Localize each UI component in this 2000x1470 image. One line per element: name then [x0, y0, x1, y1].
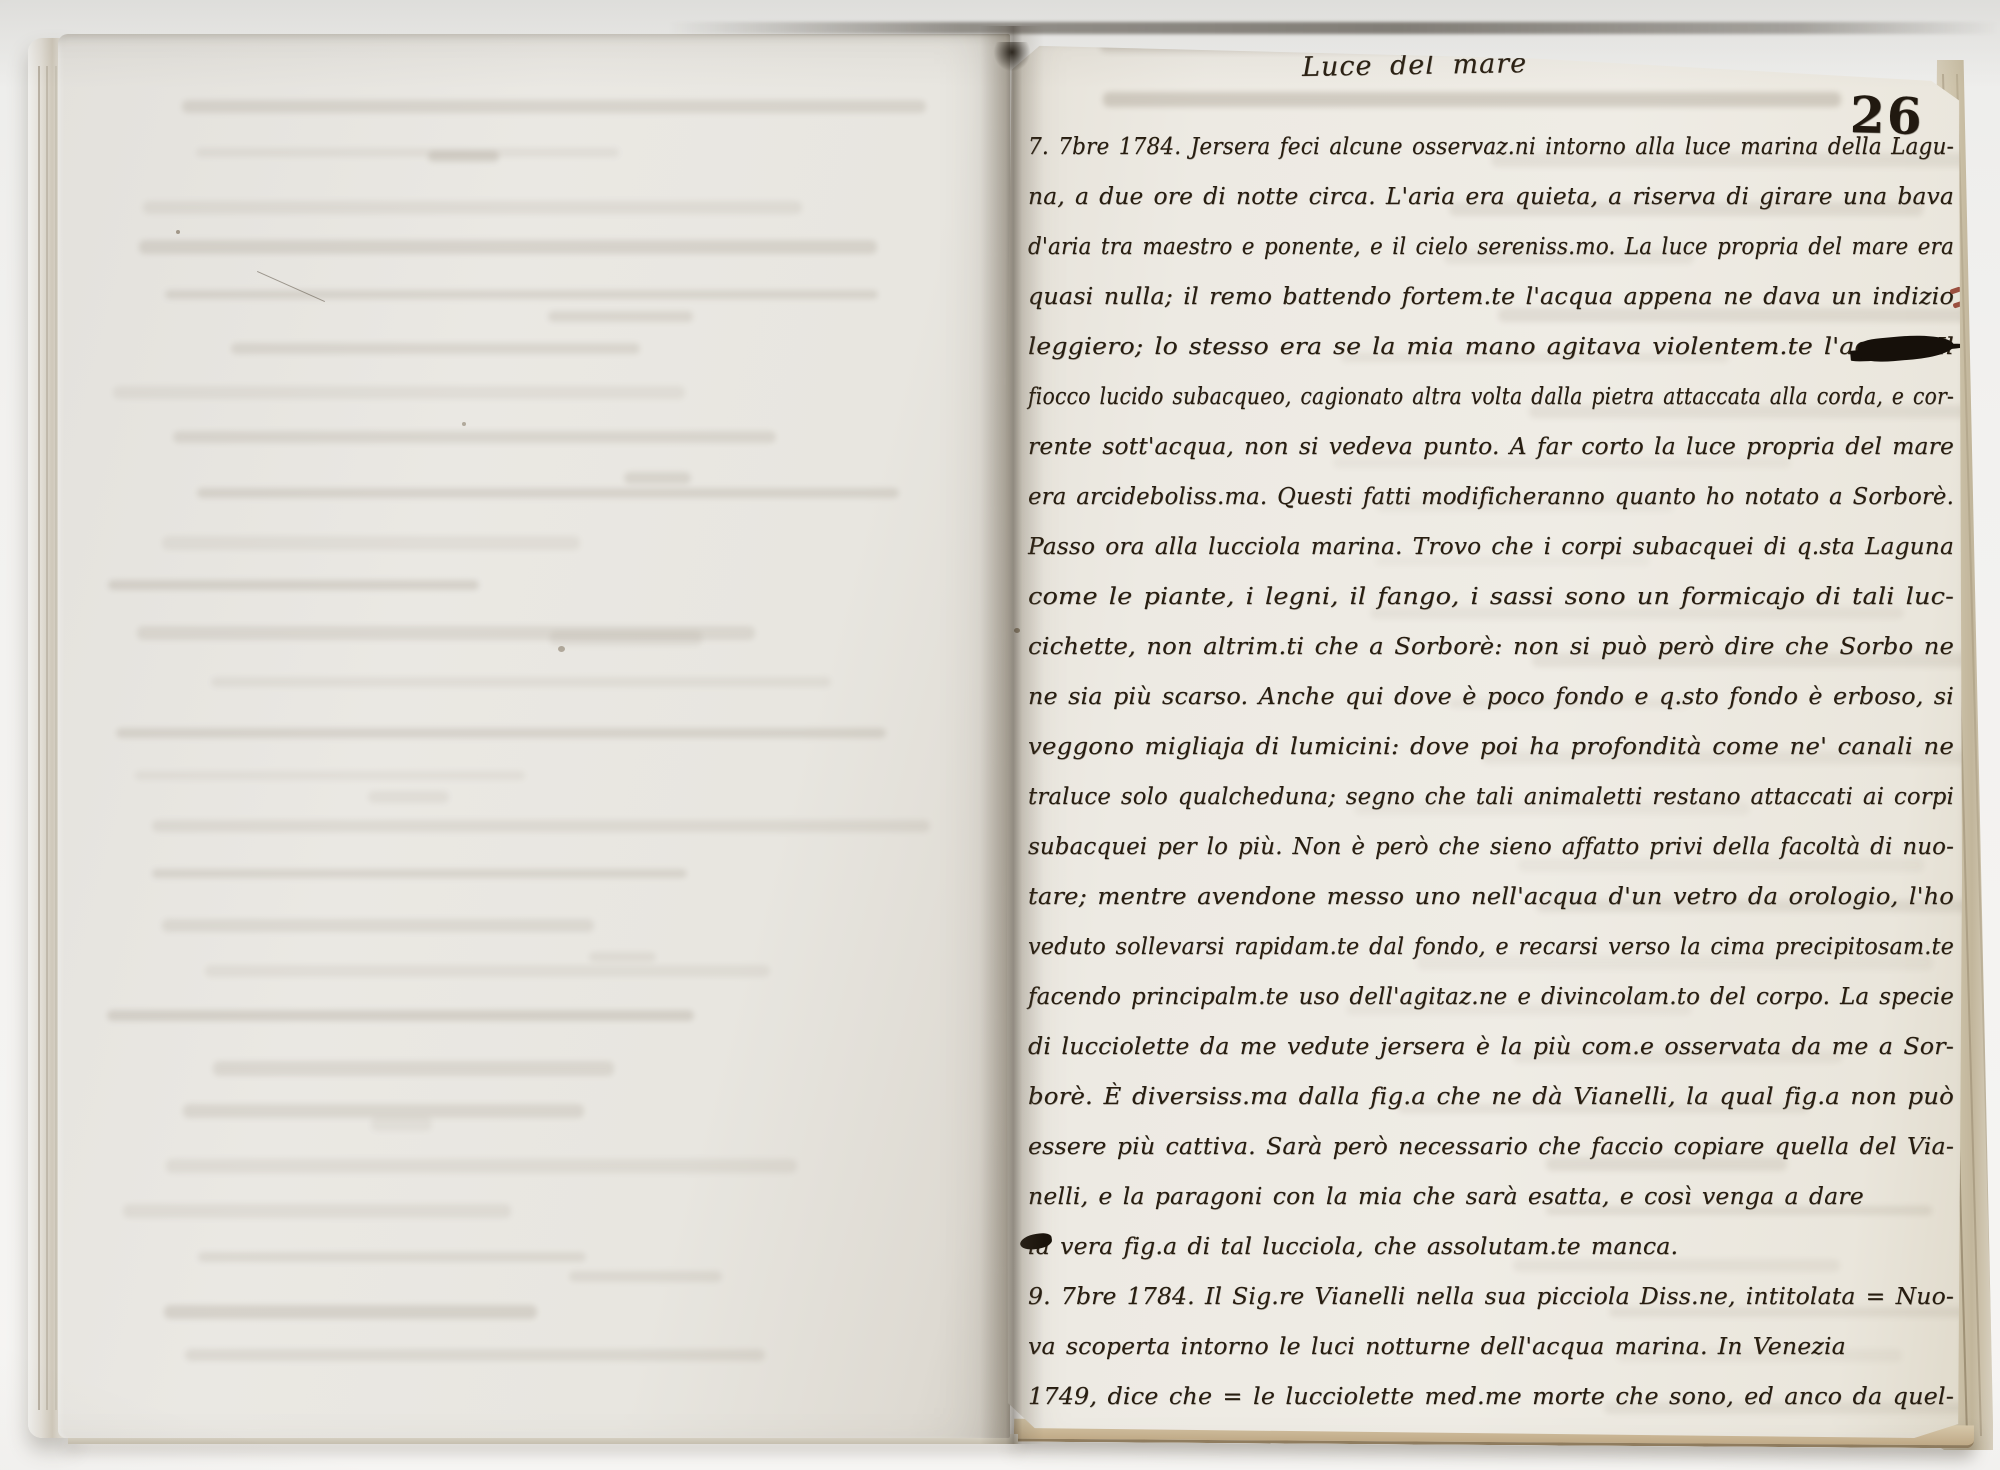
top-edge-shadow	[668, 22, 1998, 34]
bleed-through-streak	[137, 626, 755, 639]
bleed-through-streak	[624, 472, 692, 484]
bleed-through-left	[58, 34, 1010, 1438]
page-title: Luce del mare	[1302, 48, 1528, 83]
bleed-through-streak	[196, 148, 620, 157]
bleed-through-streak	[548, 311, 692, 322]
bleed-through-streak	[173, 431, 775, 443]
manuscript-text: 7. 7bre 1784. Jersera feci alcune osserv…	[1028, 121, 1954, 1421]
bleed-through-streak	[197, 488, 898, 498]
manuscript-line: tare; mentre avendone messo uno nell'acq…	[1028, 871, 1954, 921]
bleed-through-streak	[198, 1252, 586, 1262]
paper-speck	[462, 422, 466, 426]
manuscript-line: facendo principalm.te uso dell'agitaz.ne…	[1028, 971, 1954, 1021]
paper-stain	[558, 646, 565, 652]
bleed-through-streak	[185, 1349, 765, 1361]
manuscript-line: nelli, e la paragoni con la mia che sarà…	[1028, 1171, 1954, 1221]
manuscript-line: rente sott'acqua, non si vedeva punto. A…	[1028, 421, 1954, 471]
bleed-through-streak	[1103, 92, 1841, 106]
bleed-through-streak	[164, 1305, 536, 1320]
manuscript-line: 7. 7bre 1784. Jersera feci alcune osserv…	[1028, 121, 1954, 171]
bleed-through-streak	[116, 728, 886, 738]
manuscript-line: Passo ora alla lucciola marina. Trovo ch…	[1028, 521, 1954, 571]
manuscript-scan: Luce del mare 26 7. 7bre 1784. Jersera f…	[0, 0, 2000, 1470]
bleed-through-streak	[166, 1159, 796, 1173]
bleed-through-streak	[231, 343, 639, 354]
bleed-through-streak	[205, 965, 769, 977]
ink-speck	[1014, 628, 1020, 633]
bleed-through-streak	[182, 100, 926, 113]
manuscript-line: na, a due ore di notte circa. L'aria era…	[1028, 171, 1954, 221]
bleed-through-streak	[569, 1271, 722, 1282]
bleed-through-streak	[162, 536, 581, 550]
manuscript-line: borè. È diversiss.ma dalla fig.a che ne …	[1028, 1071, 1954, 1121]
bleed-through-streak	[113, 386, 685, 400]
bleed-through-streak	[589, 952, 656, 962]
manuscript-line: leggiero; lo stesso era se la mia mano a…	[1028, 321, 1954, 371]
manuscript-line: ne sia più scarso. Anche qui dove è poco…	[1028, 671, 1954, 721]
manuscript-line: traluce solo qualcheduna; segno che tali…	[1028, 771, 1954, 821]
manuscript-line: 9. 7bre 1784. Il Sig.re Vianelli nella s…	[1028, 1271, 1954, 1321]
manuscript-line: era arcideboliss.ma. Questi fatti modifi…	[1028, 471, 1954, 521]
manuscript-line: quasi nulla; il remo battendo fortem.te …	[1028, 271, 1954, 321]
bleed-through-streak	[107, 1010, 694, 1021]
bleed-through-streak	[371, 1117, 432, 1131]
bleed-through-streak	[152, 820, 930, 832]
bleed-through-streak	[550, 631, 702, 646]
bleed-through-streak	[183, 1104, 583, 1118]
manuscript-line: di lucciolette da me vedute jersera è la…	[1028, 1021, 1954, 1071]
bleed-through-streak	[428, 151, 499, 162]
bleed-through-streak	[213, 1061, 614, 1076]
bleed-through-streak	[368, 791, 450, 803]
manuscript-line: d'aria tra maestro e ponente, e il cielo…	[1028, 221, 1954, 271]
bleed-through-streak	[123, 1204, 511, 1218]
bleed-through-streak	[211, 677, 831, 687]
manuscript-book: Luce del mare 26 7. 7bre 1784. Jersera f…	[28, 26, 1990, 1450]
binding-notch	[990, 42, 1034, 76]
bleed-through-streak	[1100, 39, 1677, 52]
bleed-through-streak	[162, 919, 594, 932]
manuscript-line: 1749, dice che = le lucciolette med.me m…	[1028, 1371, 1954, 1421]
manuscript-line: come le piante, i legni, il fango, i sas…	[1028, 571, 1954, 621]
manuscript-line: cichette, non altrim.ti che a Sorborè: n…	[1028, 621, 1954, 671]
bleed-through-streak	[139, 240, 877, 254]
bleed-through-streak	[152, 869, 687, 878]
bleed-through-streak	[135, 771, 525, 780]
bleed-through-streak	[143, 201, 801, 214]
manuscript-line: essere più cattiva. Sarà però necessario…	[1028, 1121, 1954, 1171]
manuscript-line: veggono migliaja di lumicini: dove poi h…	[1028, 721, 1954, 771]
manuscript-line: va scoperta intorno le luci notturne del…	[1028, 1321, 1954, 1371]
manuscript-line: la vera fig.a di tal lucciola, che assol…	[1028, 1221, 1954, 1271]
right-manuscript-page: Luce del mare 26 7. 7bre 1784. Jersera f…	[1006, 36, 1962, 1438]
bleed-through-streak	[165, 290, 878, 299]
manuscript-line: fiocco lucido subacqueo, cagionato altra…	[1028, 371, 1954, 421]
bleed-through-streak	[108, 580, 479, 590]
paper-scratch	[257, 271, 325, 302]
manuscript-line: veduto sollevarsi rapidam.te dal fondo, …	[1028, 921, 1954, 971]
manuscript-line: subacquei per lo più. Non è però che sie…	[1028, 821, 1954, 871]
paper-speck	[176, 230, 180, 234]
left-blank-page	[58, 34, 1010, 1438]
